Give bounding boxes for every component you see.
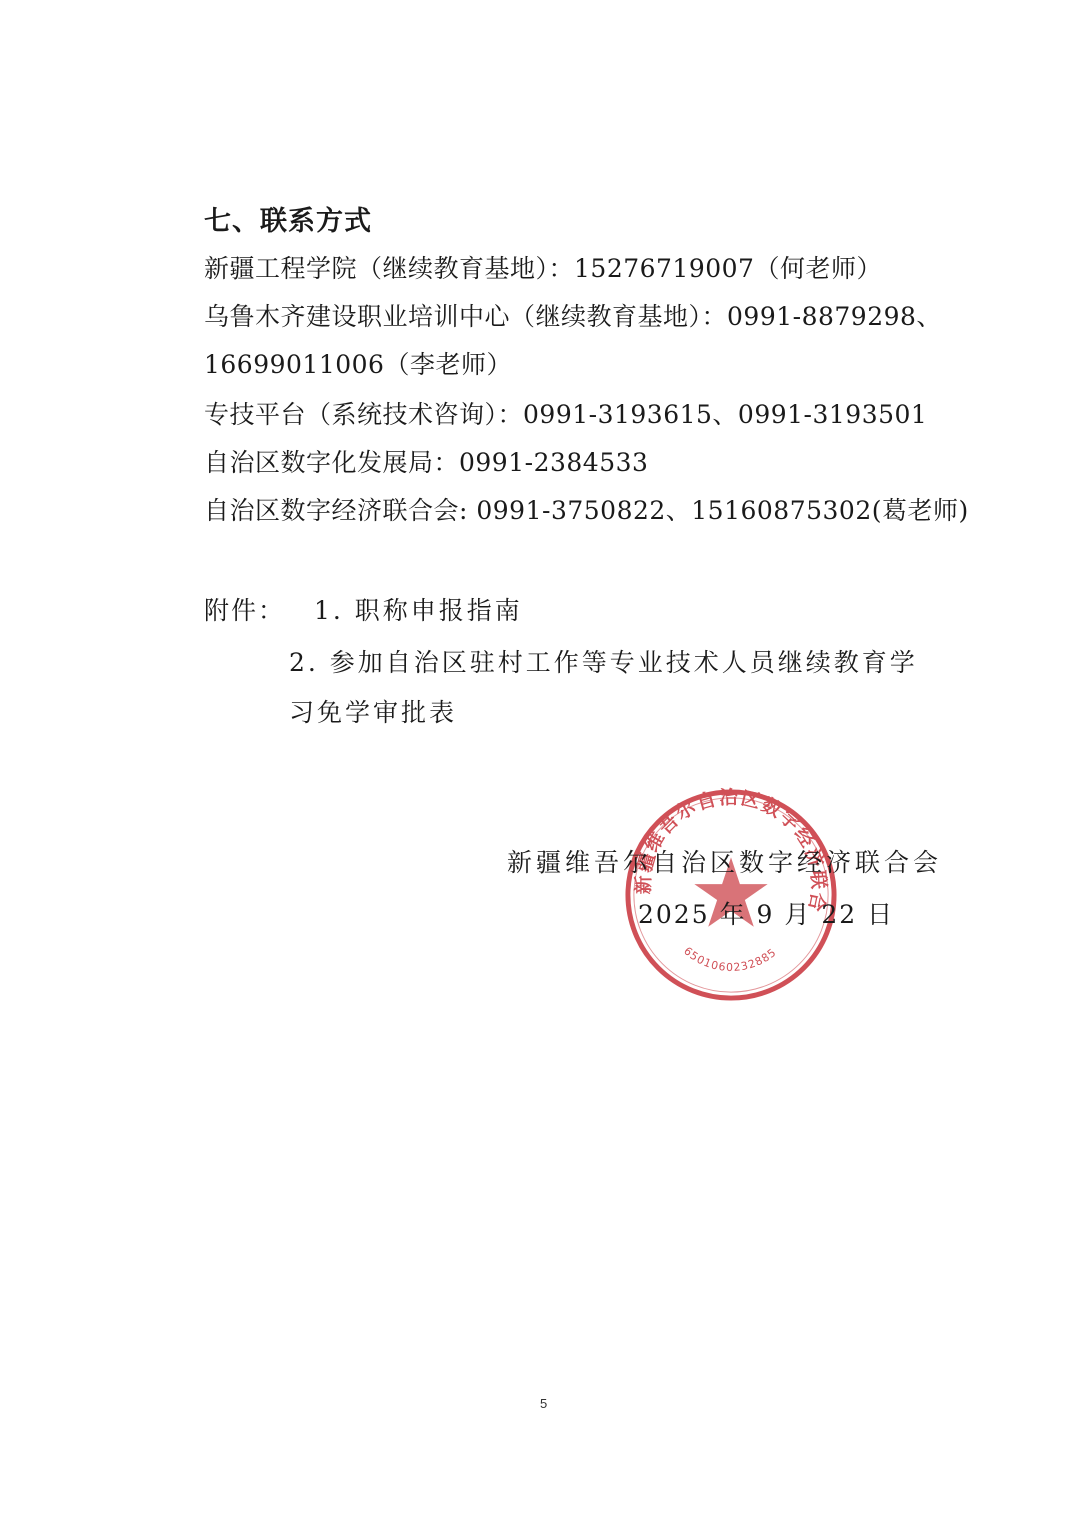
contact-line: 自治区数字化发展局：0991-2384533: [204, 445, 648, 481]
contact-line: 专技平台（系统技术咨询）：0991-3193615、0991-3193501: [204, 397, 927, 433]
attachment-item: 2. 参加自治区驻村工作等专业技术人员继续教育学: [289, 645, 918, 681]
attachment-item: 1. 职称申报指南: [314, 593, 523, 629]
signature-date: 2025 年 9 月 22 日: [638, 897, 894, 933]
page-number: 5: [540, 1396, 547, 1411]
contact-line: 乌鲁木齐建设职业培训中心（继续教育基地）：0991-8879298、: [204, 299, 942, 335]
contact-line: 新疆工程学院（继续教育基地）：15276719007（何老师）: [204, 251, 882, 287]
attachments-label: 附件：: [204, 593, 285, 629]
official-seal-stamp: 新疆维吾尔自治区数字经济联合会 6501060232885: [622, 786, 840, 1004]
signature-organization: 新疆维吾尔自治区数字经济联合会: [507, 845, 942, 881]
contact-line: 16699011006（李老师）: [204, 347, 512, 383]
contact-line: 自治区数字经济联合会: 0991-3750822、15160875302(葛老师…: [204, 493, 969, 529]
attachment-item-continued: 习免学审批表: [289, 695, 457, 731]
seal-code: 6501060232885: [681, 944, 779, 974]
document-page: 七、联系方式 新疆工程学院（继续教育基地）：15276719007（何老师） 乌…: [0, 0, 1080, 1528]
section-heading: 七、联系方式: [204, 202, 372, 242]
